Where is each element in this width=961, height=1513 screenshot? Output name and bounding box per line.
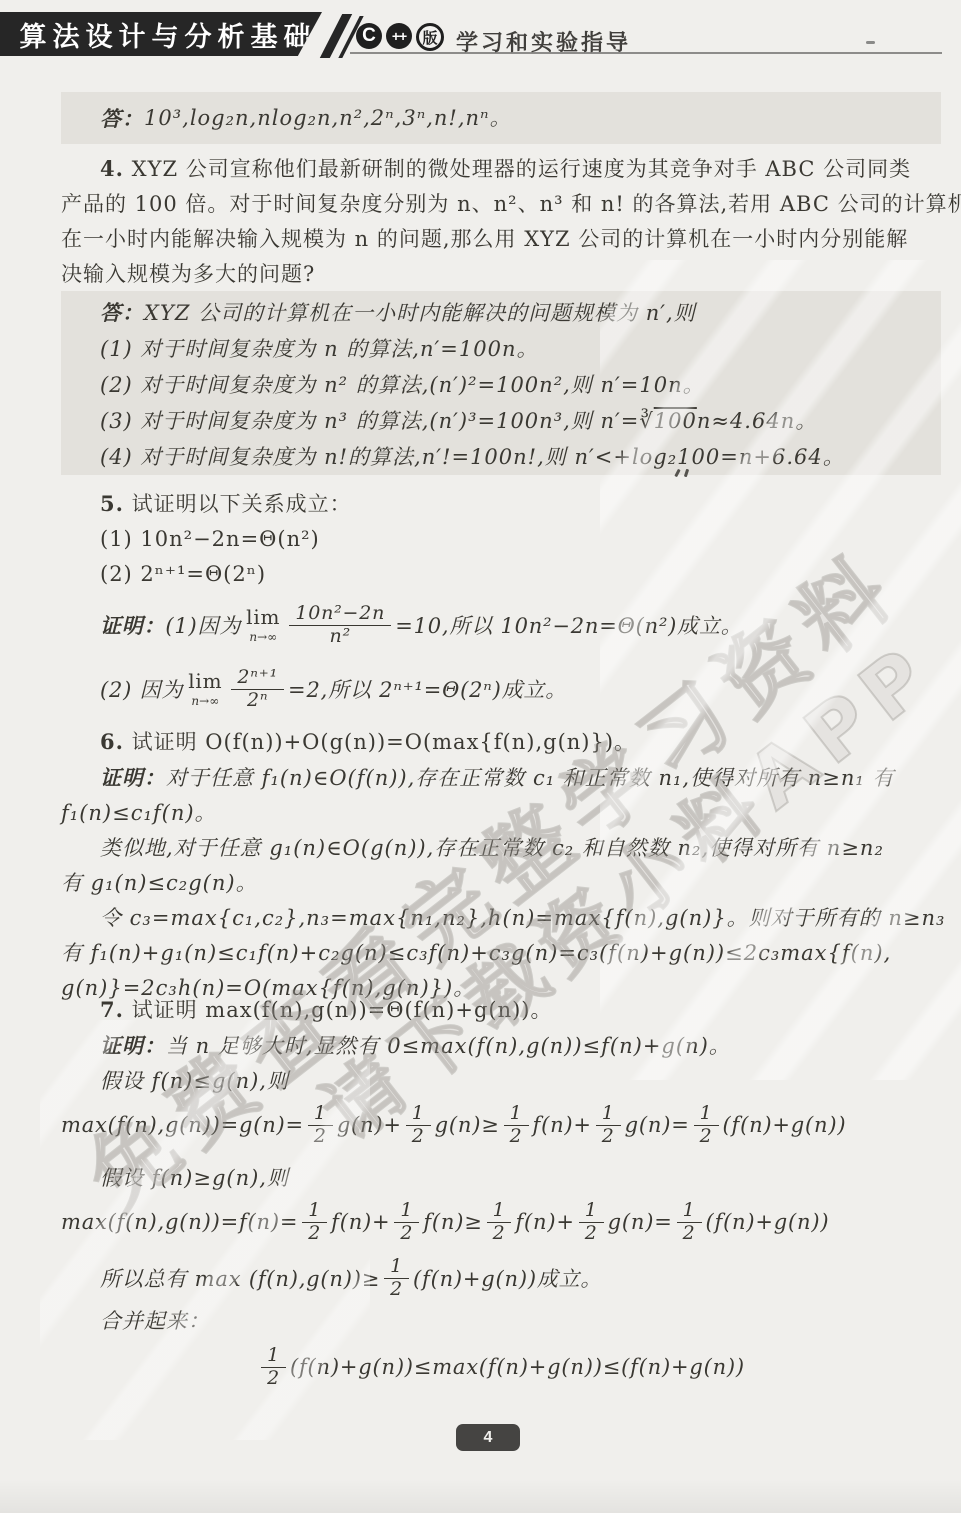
problem7-formula2: max(f(n),g(n))=f(n)= 12 f(n)+ 12 f(n)≥ 1…: [61, 1196, 941, 1248]
problem5-title-text: 试证明以下关系成立：: [132, 492, 352, 516]
answer2-item3-pre: (3) 对于时间复杂度为 n³ 的算法,(n′)³=100n³,则 n′=∛: [100, 409, 654, 433]
book-title: 算法设计与分析基础: [6, 15, 317, 54]
problem6-title: 6. 试证明 O(f(n))+O(g(n))=O(max{f(n),g(n)})…: [61, 724, 941, 760]
answer2-item3-post: n≈4.64n。: [697, 409, 817, 433]
proof-label: 证明：: [100, 610, 165, 640]
answer2-block: 答：XYZ 公司的计算机在一小时内能解决的问题规模为 n′,则 (1) 对于时间…: [61, 291, 941, 475]
problem5-relation1: (1) 10n²−2n=Θ(n²): [61, 522, 941, 557]
formula2-seg1: f(n)+: [331, 1210, 390, 1234]
fraction: 2ⁿ⁺¹2ⁿ: [231, 667, 284, 712]
final-formula-text: (f(n)+g(n))≤max(f(n)+g(n))≤(f(n)+g(n)): [290, 1355, 745, 1379]
problem6-proof-line4: 有 g₁(n)≤c₂g(n)。: [61, 866, 941, 901]
formula1-seg1: g(n)+: [337, 1113, 402, 1137]
problem7-final-formula: 12 (f(n)+g(n))≤max(f(n)+g(n))≤(f(n)+g(n)…: [61, 1341, 941, 1393]
header-rule: [350, 52, 942, 54]
answer2-item1: (1) 对于时间复杂度为 n 的算法,n′=100n。: [61, 331, 941, 367]
problem4-line1: 4. XYZ 公司宣称他们最新研制的微处理器的运行速度为其竞争对手 ABC 公司…: [61, 151, 941, 187]
problem6-number: 6.: [100, 729, 124, 754]
problem6-proof-line3: 类似地,对于任意 g₁(n)∈O(g(n)),存在正常数 c₂ 和自然数 n₂,…: [61, 831, 941, 866]
fraction-denominator: n²: [324, 626, 357, 648]
problem7-combine-label: 合并起来：: [61, 1304, 941, 1339]
scanned-book-page: 算法设计与分析基础 C ++ 版 学习和实验指导 答：10³,log₂n,nlo…: [0, 0, 961, 1513]
fraction-half: 12: [694, 1103, 719, 1148]
problem7-proof-text: 当 n 足够大时,显然有 0≤max(f(n),g(n))≤f(n)+g(n)。: [166, 1034, 731, 1058]
conclusion-post: (f(n)+g(n))成立。: [413, 1263, 602, 1293]
problem5-number: 5.: [100, 491, 124, 516]
problem5-proof-line2: (2) 因为 limn→∞ 2ⁿ⁺¹2ⁿ =2,所以 2ⁿ⁺¹=Θ(2ⁿ)成立。: [61, 658, 941, 720]
proof2-pre: (2) 因为: [100, 674, 183, 704]
problem7-conclusion: 所以总有 max (f(n),g(n))≥ 12 (f(n)+g(n))成立。: [61, 1252, 941, 1304]
formula1-seg5: (f(n)+g(n)): [723, 1113, 847, 1137]
answer2-intro-text: XYZ 公司的计算机在一小时内能解决的问题规模为 n′,则: [144, 301, 696, 325]
problem4-line1-text: XYZ 公司宣称他们最新研制的微处理器的运行速度为其竞争对手 ABC 公司同类: [132, 157, 911, 181]
problem6-title-text: 试证明 O(f(n))+O(g(n))=O(max{f(n),g(n)})。: [132, 730, 636, 754]
problem4-number: 4.: [100, 156, 124, 181]
problem6-l1-text: 对于任意 f₁(n)∈O(f(n)),存在正常数 c₁ 和正常数 n₁,使得对所…: [166, 766, 895, 790]
problem6-proof-line2: f₁(n)≤c₁f(n)。: [61, 796, 941, 831]
problem5-title: 5. 试证明以下关系成立：: [61, 486, 941, 522]
header-subtitle: 学习和实验指导: [456, 26, 631, 57]
fraction-half: 12: [384, 1256, 409, 1301]
lim-word: lim: [246, 607, 280, 627]
logo-edition-circle: 版: [416, 23, 444, 51]
scan-smudge-artifact: [676, 469, 694, 477]
answer2-item2: (2) 对于时间复杂度为 n² 的算法,(n′)²=100n²,则 n′=10n…: [61, 367, 941, 403]
proof-label: 证明：: [100, 1033, 166, 1058]
formula1-seg4: g(n)=: [625, 1113, 690, 1137]
problem4-line4: 决输入规模为多大的问题?: [61, 257, 941, 292]
logo-plusplus-text: ++: [392, 28, 406, 44]
scan-dash-artifact: [866, 41, 875, 44]
problem7-section: 7. 试证明 max(f(n),g(n))=Θ(f(n)+g(n))。 证明：当…: [61, 992, 941, 1393]
problem4-line2: 产品的 100 倍。对于时间复杂度分别为 n、n²、n³ 和 n! 的各算法,若…: [61, 187, 941, 222]
formula2-seg0: max(f(n),g(n))=f(n)=: [61, 1210, 298, 1234]
fraction-half: 12: [677, 1200, 702, 1245]
fraction-half: 12: [579, 1200, 604, 1245]
answer2-item4: (4) 对于时间复杂度为 n!的算法,n′!=100n!,则 n′<+log₂1…: [61, 439, 941, 475]
proof1-pre: (1)因为: [165, 610, 241, 640]
logo-plusplus-circle: ++: [386, 23, 412, 49]
problem4-paragraph: 4. XYZ 公司宣称他们最新研制的微处理器的运行速度为其竞争对手 ABC 公司…: [61, 151, 941, 292]
problem7-assumption2: 假设 f(n)≥g(n),则: [61, 1161, 941, 1196]
page-number-badge: 4: [456, 1424, 520, 1451]
fraction-half: 12: [261, 1345, 286, 1390]
banner-stripe-icon: [320, 14, 352, 58]
formula1-seg0: max(f(n),g(n))=g(n)=: [61, 1113, 304, 1137]
problem7-assumption1: 假设 f(n)≤g(n),则: [61, 1064, 941, 1099]
formula2-seg2: f(n)≥: [423, 1210, 482, 1234]
logo-c-circle: C: [356, 23, 382, 49]
fraction-numerator: 10n²−2n: [289, 603, 391, 626]
conclusion-pre: 所以总有 max (f(n),g(n))≥: [100, 1263, 380, 1293]
answer1-block: 答：10³,log₂n,nlog₂n,n²,2ⁿ,3ⁿ,n!,nⁿ。: [61, 92, 941, 144]
logo-edition-text: 版: [422, 27, 437, 48]
problem6-section: 6. 试证明 O(f(n))+O(g(n))=O(max{f(n),g(n)})…: [61, 724, 941, 1006]
problem7-proof-line: 证明：当 n 足够大时,显然有 0≤max(f(n),g(n))≤f(n)+g(…: [61, 1028, 941, 1064]
cube-root-radicand: 100: [654, 409, 697, 433]
proof1-post: =10,所以 10n²−2n=Θ(n²)成立。: [395, 610, 742, 640]
fraction: 10n²−2nn²: [289, 603, 391, 648]
problem7-title-text: 试证明 max(f(n),g(n))=Θ(f(n)+g(n))。: [132, 998, 553, 1022]
lim-subscript: n→∞: [249, 631, 277, 643]
fraction-denominator: 2ⁿ: [241, 690, 274, 712]
problem7-title: 7. 试证明 max(f(n),g(n))=Θ(f(n)+g(n))。: [61, 992, 941, 1028]
problem6-proof-line6: 有 f₁(n)+g₁(n)≤c₁f(n)+c₂g(n)≤c₃f(n)+c₃g(n…: [61, 936, 941, 971]
problem7-formula1: max(f(n),g(n))=g(n)= 12 g(n)+ 12 g(n)≥ 1…: [61, 1099, 941, 1151]
fraction-half: 12: [302, 1200, 327, 1245]
answer-label: 答：: [100, 300, 144, 325]
proof2-post: =2,所以 2ⁿ⁺¹=Θ(2ⁿ)成立。: [288, 674, 567, 704]
fraction-half: 12: [504, 1103, 529, 1148]
header-banner: 算法设计与分析基础: [0, 12, 322, 56]
fraction-half: 12: [596, 1103, 621, 1148]
lim-subscript: n→∞: [191, 695, 219, 707]
problem6-proof-line1: 证明：对于任意 f₁(n)∈O(f(n)),存在正常数 c₁ 和正常数 n₁,使…: [61, 760, 941, 796]
formula2-seg3: f(n)+: [515, 1210, 574, 1234]
formula1-seg2: g(n)≥: [435, 1113, 500, 1137]
answer2-intro: 答：XYZ 公司的计算机在一小时内能解决的问题规模为 n′,则: [61, 295, 941, 331]
formula2-seg5: (f(n)+g(n)): [706, 1210, 830, 1234]
fraction-half: 12: [394, 1200, 419, 1245]
problem6-proof-line5: 令 c₃=max{c₁,c₂},n₃=max{n₁,n₂},h(n)=max{f…: [61, 901, 941, 936]
logo-c-text: C: [362, 25, 376, 47]
problem7-number: 7.: [100, 997, 124, 1022]
limit-operator: limn→∞: [246, 607, 280, 643]
proof-label: 证明：: [100, 765, 166, 790]
answer-label: 答：: [100, 101, 144, 136]
formula1-seg3: f(n)+: [533, 1113, 592, 1137]
problem5-relation2: (2) 2ⁿ⁺¹=Θ(2ⁿ): [61, 557, 941, 592]
problem4-line3: 在一小时内能解决输入规模为 n 的问题,那么用 XYZ 公司的计算机在一小时内分…: [61, 222, 941, 257]
answer1-text: 10³,log₂n,nlog₂n,n²,2ⁿ,3ⁿ,n!,nⁿ。: [144, 101, 512, 136]
problem5-proof-line1: 证明：(1)因为 limn→∞ 10n²−2nn² =10,所以 10n²−2n…: [61, 592, 941, 658]
fraction-half: 12: [308, 1103, 333, 1148]
fraction-half: 12: [406, 1103, 431, 1148]
fraction-half: 12: [487, 1200, 512, 1245]
page-bottom-shade: [0, 1479, 961, 1513]
problem5-section: 5. 试证明以下关系成立： (1) 10n²−2n=Θ(n²) (2) 2ⁿ⁺¹…: [61, 486, 941, 720]
lim-word: lim: [188, 671, 222, 691]
answer2-item3: (3) 对于时间复杂度为 n³ 的算法,(n′)³=100n³,则 n′=∛10…: [61, 403, 941, 439]
limit-operator: limn→∞: [188, 671, 222, 707]
fraction-numerator: 2ⁿ⁺¹: [231, 667, 284, 690]
formula2-seg4: g(n)=: [608, 1210, 673, 1234]
page-number: 4: [484, 1429, 493, 1447]
